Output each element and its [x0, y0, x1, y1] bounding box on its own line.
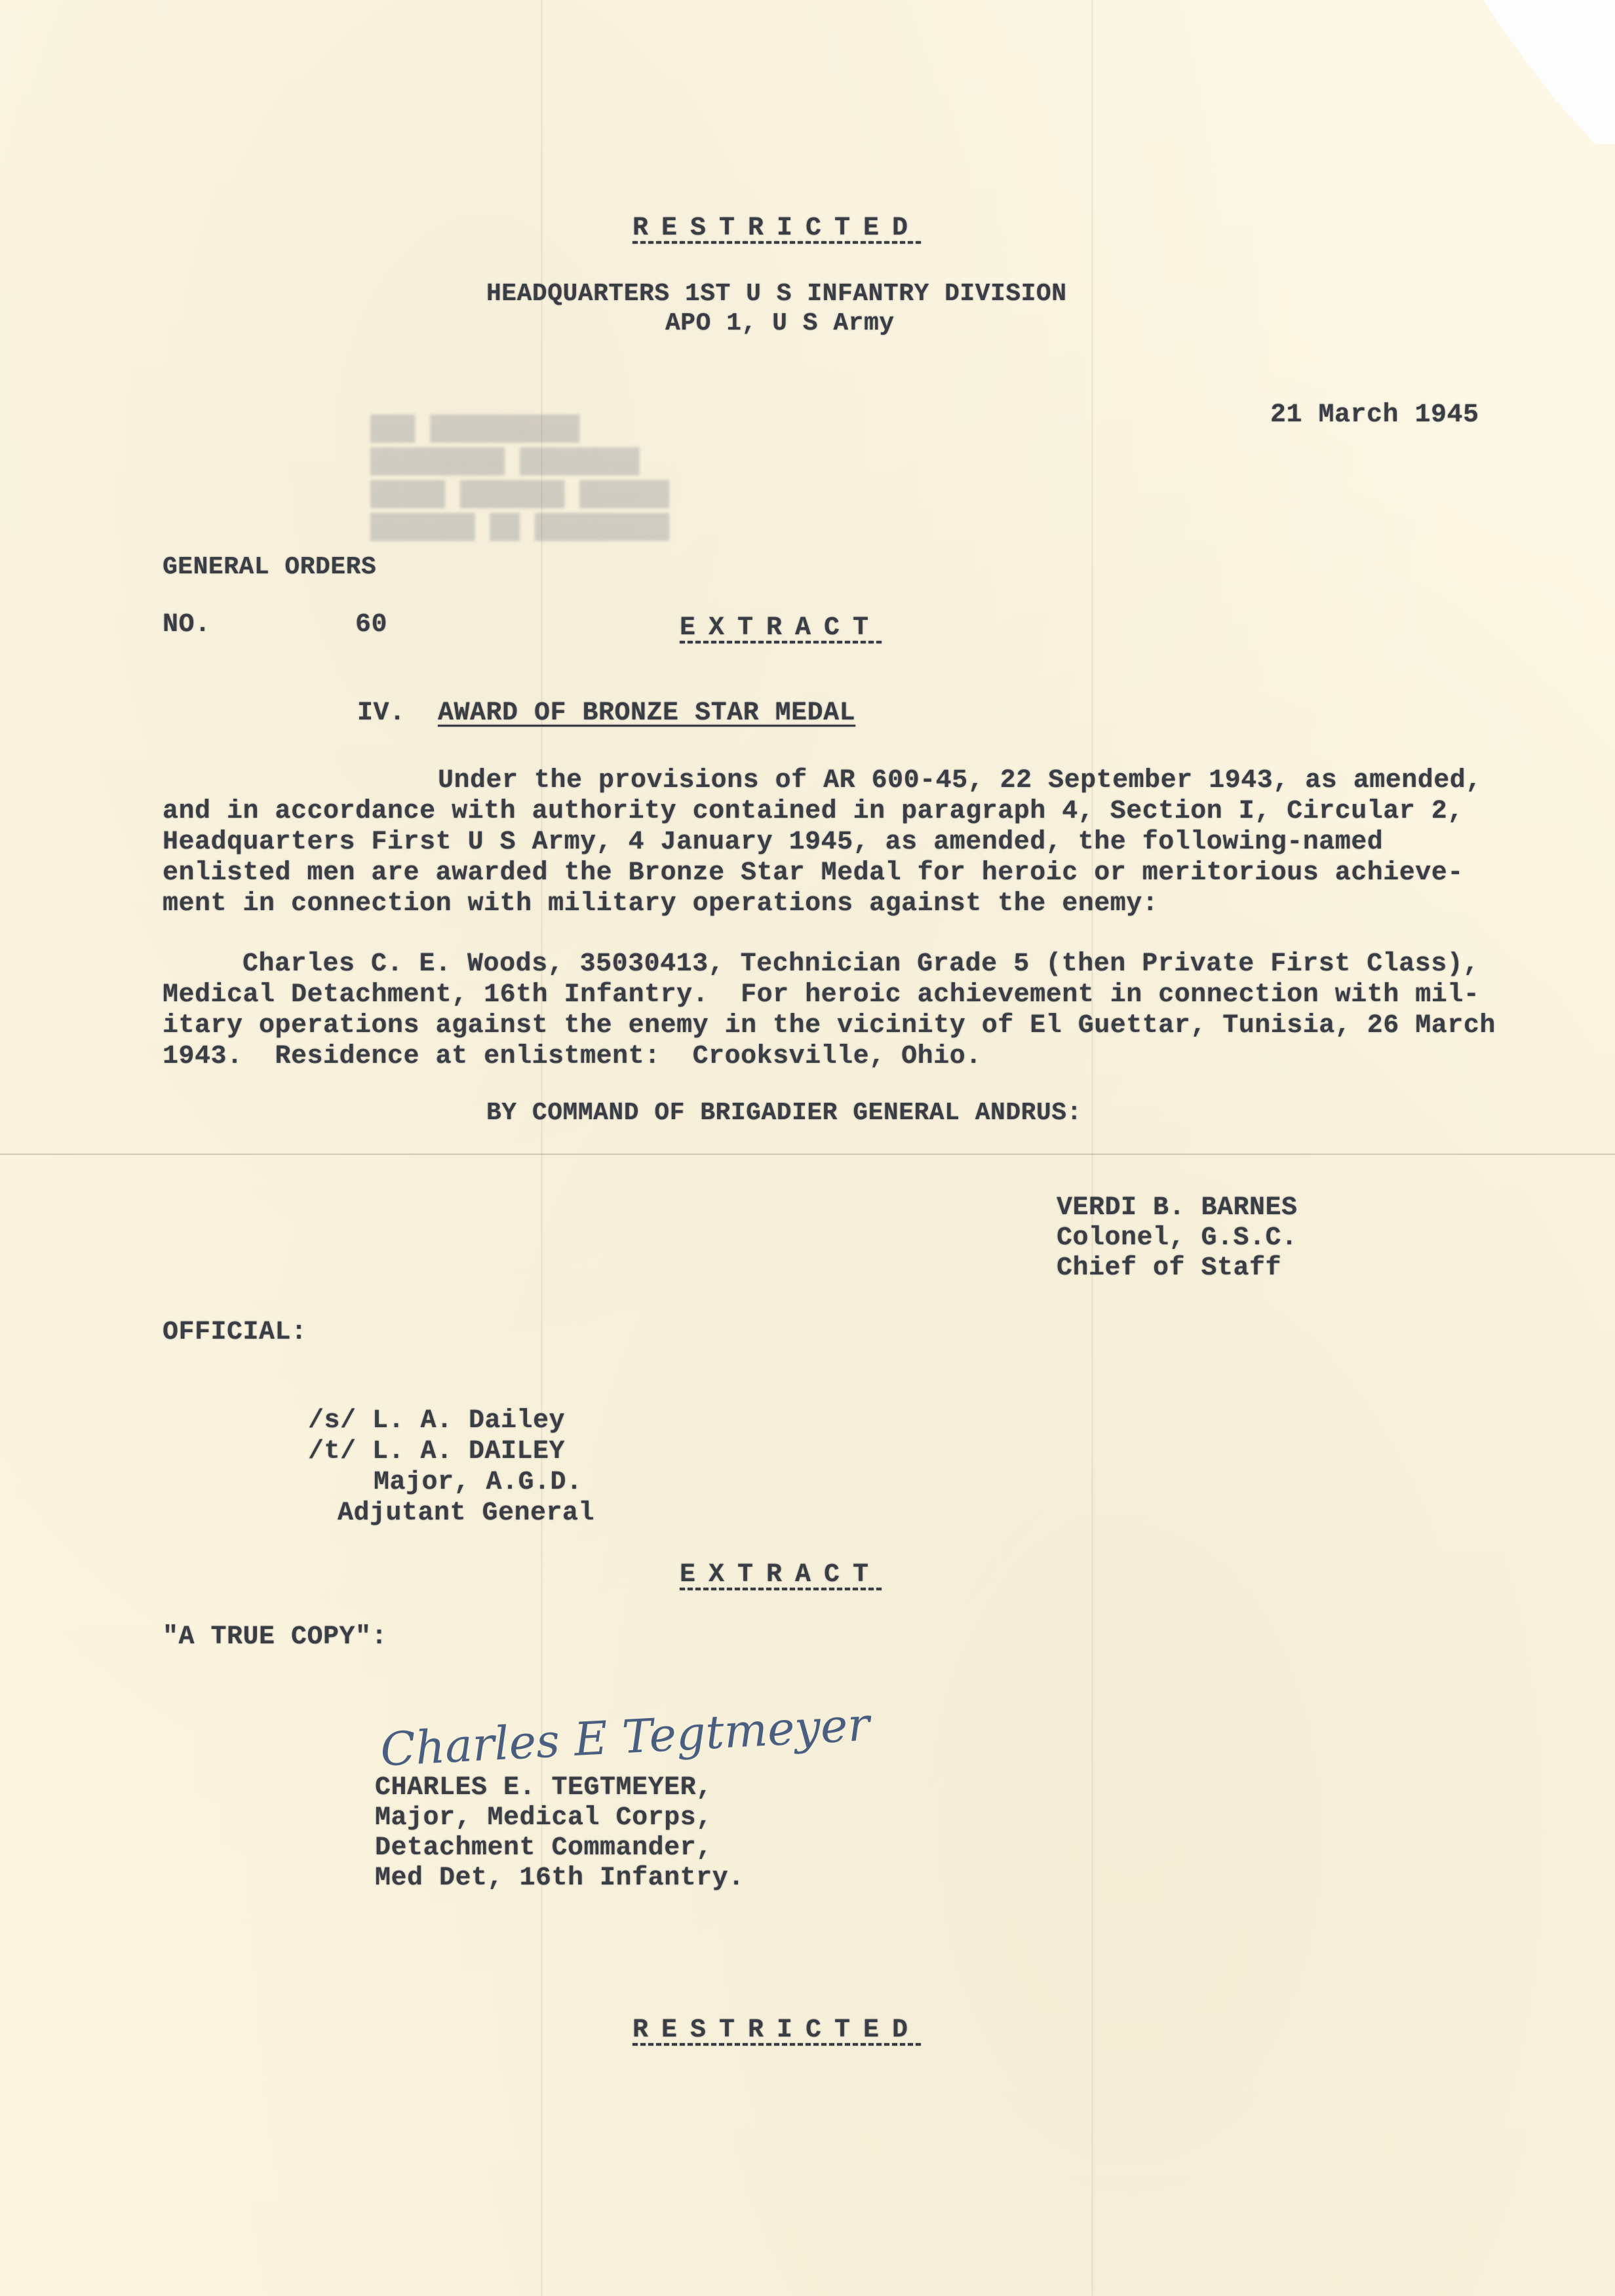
paragraph-line: and in accordance with authority contain… [163, 796, 1539, 827]
document-date: 21 March 1945 [1270, 400, 1479, 431]
paragraph-line: ment in connection with military operati… [163, 889, 1539, 919]
general-orders-label: GENERAL ORDERS [163, 552, 376, 583]
fold-line [1091, 0, 1093, 2296]
adjutant-title: Adjutant General [338, 1498, 594, 1529]
fold-line [0, 1153, 1615, 1155]
section-title: AWARD OF BRONZE STAR MEDAL [438, 698, 855, 729]
apo-line: APO 1, U S Army [665, 308, 895, 339]
chief-of-staff-title: Chief of Staff [1057, 1253, 1281, 1284]
adjutant-typed: /t/ L. A. DAILEY [308, 1436, 565, 1468]
paragraph-line: enlisted men are awarded the Bronze Star… [163, 858, 1539, 889]
certifier-name: CHARLES E. TEGTMEYER, [375, 1772, 712, 1804]
adjutant-signed: /s/ L. A. Dailey [308, 1406, 565, 1437]
citation-line: Charles C. E. Woods, 35030413, Technicia… [243, 949, 1615, 980]
command-line: BY COMMAND OF BRIGADIER GENERAL ANDRUS: [486, 1098, 1082, 1129]
chief-of-staff-name: VERDI B. BARNES [1057, 1193, 1298, 1224]
citation-line: 1943. Residence at enlistment: Crooksvil… [163, 1041, 1539, 1072]
true-copy-label: "A TRUE COPY": [163, 1622, 387, 1653]
bleed-through-text: ▓▓▓ ▓▓▓▓▓▓▓▓▓▓ ▓▓▓▓▓▓▓▓▓ ▓▓▓▓▓▓▓▓ ▓▓▓▓▓ … [370, 413, 669, 544]
citation-line: itary operations against the enemy in th… [163, 1010, 1539, 1041]
official-label: OFFICIAL: [163, 1317, 307, 1349]
classification-top: RESTRICTED [632, 213, 921, 244]
headquarters-heading: HEADQUARTERS 1ST U S INFANTRY DIVISION [486, 278, 1067, 310]
fold-line [541, 0, 543, 2296]
chief-of-staff-rank: Colonel, G.S.C. [1057, 1223, 1298, 1254]
certifier-title: Detachment Commander, [375, 1833, 712, 1864]
extract-title: EXTRACT [680, 613, 882, 644]
paragraph-line: Headquarters First U S Army, 4 January 1… [163, 827, 1539, 858]
adjutant-rank: Major, A.G.D. [374, 1467, 583, 1499]
section-number: IV. [357, 698, 406, 729]
extract-footer: EXTRACT [680, 1559, 882, 1591]
citation-line: Medical Detachment, 16th Infantry. For h… [163, 980, 1539, 1010]
paper-background [0, 0, 1615, 2296]
classification-bottom: RESTRICTED [632, 2015, 921, 2046]
certifier-unit: Med Det, 16th Infantry. [375, 1863, 745, 1894]
paragraph-line: Under the provisions of AR 600-45, 22 Se… [438, 765, 1615, 796]
certifier-rank: Major, Medical Corps, [375, 1803, 712, 1834]
order-number: 60 [355, 609, 387, 641]
number-label: NO. [163, 609, 211, 641]
